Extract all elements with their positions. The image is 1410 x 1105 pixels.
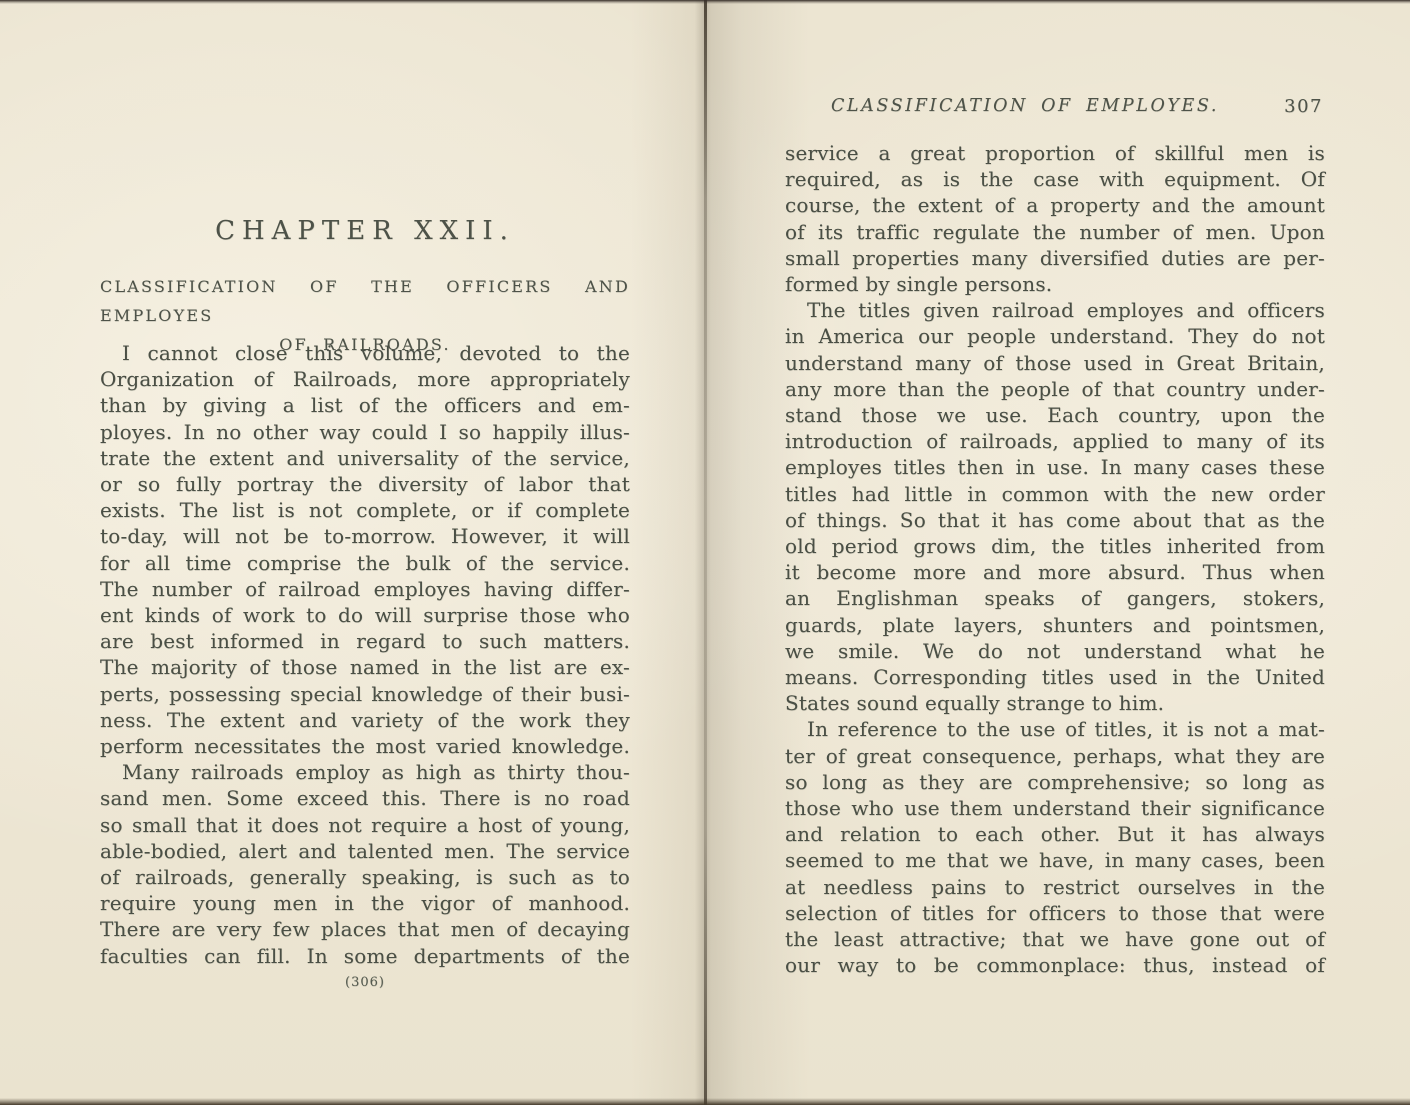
- text-line: seemed to me that we have, in many cases…: [785, 847, 1325, 873]
- text-line: The titles given railroad employes and o…: [785, 297, 1325, 323]
- text-line: an Englishman speaks of gangers, stokers…: [785, 585, 1325, 611]
- text-line: and relation to each other. But it has a…: [785, 821, 1325, 847]
- text-line: small properties many diversified duties…: [785, 245, 1325, 271]
- text-line: employes titles then in use. In many cas…: [785, 454, 1325, 480]
- text-line: for all time comprise the bulk of the se…: [100, 550, 630, 576]
- text-line: we smile. We do not understand what he: [785, 638, 1325, 664]
- text-line: There are very few places that men of de…: [100, 916, 630, 942]
- text-line: exists. The list is not complete, or if …: [100, 497, 630, 523]
- running-header: CLASSIFICATION OF EMPLOYES. 307: [785, 96, 1325, 124]
- text-line: titles had little in common with the new…: [785, 481, 1325, 507]
- text-line: perts, possessing special knowledge of t…: [100, 681, 630, 707]
- text-line: ness. The extent and variety of the work…: [100, 707, 630, 733]
- text-line: those who use them understand their sign…: [785, 795, 1325, 821]
- text-line: at needless pains to restrict ourselves …: [785, 874, 1325, 900]
- text-line: to-day, will not be to-morrow. However, …: [100, 523, 630, 549]
- text-line: ent kinds of work to do will surprise th…: [100, 602, 630, 628]
- text-line: I cannot close this volume, devoted to t…: [100, 340, 630, 366]
- right-page-number: 307: [1284, 96, 1323, 117]
- text-line: Many railroads employ as high as thirty …: [100, 759, 630, 785]
- text-line: understand many of those used in Great B…: [785, 350, 1325, 376]
- text-line: The majority of those named in the list …: [100, 654, 630, 680]
- chapter-heading: CHAPTER XXII.: [100, 216, 630, 246]
- text-line: Organization of Railroads, more appropri…: [100, 366, 630, 392]
- text-line: sand men. Some exceed this. There is no …: [100, 785, 630, 811]
- text-line: of its traffic regulate the number of me…: [785, 219, 1325, 245]
- left-page: CHAPTER XXII. CLASSIFICATION OF THE OFFI…: [0, 0, 705, 1105]
- text-line: trate the extent and universality of the…: [100, 445, 630, 471]
- text-line: or so fully portray the diversity of lab…: [100, 471, 630, 497]
- text-line: faculties can fill. In some departments …: [100, 943, 630, 969]
- text-line: our way to be commonplace: thus, instead…: [785, 952, 1325, 978]
- text-line: it become more and more absurd. Thus whe…: [785, 559, 1325, 585]
- left-page-body: I cannot close this volume, devoted to t…: [100, 340, 630, 969]
- text-line: course, the extent of a property and the…: [785, 192, 1325, 218]
- chapter-subheading-line1: CLASSIFICATION OF THE OFFICERS AND EMPLO…: [100, 272, 630, 330]
- text-line: so long as they are comprehensive; so lo…: [785, 769, 1325, 795]
- text-line: service a great proportion of skillful m…: [785, 140, 1325, 166]
- text-line: able-bodied, alert and talented men. The…: [100, 838, 630, 864]
- text-line: perform necessitates the most varied kno…: [100, 733, 630, 759]
- text-line: In reference to the use of titles, it is…: [785, 716, 1325, 742]
- text-line: than by giving a list of the officers an…: [100, 392, 630, 418]
- text-line: guards, plate layers, shunters and point…: [785, 612, 1325, 638]
- right-page-body: service a great proportion of skillful m…: [785, 140, 1325, 979]
- text-line: any more than the people of that country…: [785, 376, 1325, 402]
- text-line: of things. So that it has come about tha…: [785, 507, 1325, 533]
- text-line: formed by single persons.: [785, 271, 1325, 297]
- text-line: introduction of railroads, applied to ma…: [785, 428, 1325, 454]
- left-page-number: (306): [100, 975, 630, 990]
- text-line: so small that it does not require a host…: [100, 812, 630, 838]
- text-line: ter of great consequence, perhaps, what …: [785, 743, 1325, 769]
- text-line: old period grows dim, the titles inherit…: [785, 533, 1325, 559]
- text-line: required, as is the case with equipment.…: [785, 166, 1325, 192]
- text-line: in America our people understand. They d…: [785, 323, 1325, 349]
- text-line: are best informed in regard to such matt…: [100, 628, 630, 654]
- text-line: selection of titles for officers to thos…: [785, 900, 1325, 926]
- text-line: States sound equally strange to him.: [785, 690, 1325, 716]
- text-line: The number of railroad employes having d…: [100, 576, 630, 602]
- book-scan: { "scan": { "paper_color": "#ede6d4", "i…: [0, 0, 1410, 1105]
- text-line: stand those we use. Each country, upon t…: [785, 402, 1325, 428]
- right-page: CLASSIFICATION OF EMPLOYES. 307 service …: [705, 0, 1410, 1105]
- text-line: of railroads, generally speaking, is suc…: [100, 864, 630, 890]
- text-line: the least attractive; that we have gone …: [785, 926, 1325, 952]
- text-line: ployes. In no other way could I so happi…: [100, 419, 630, 445]
- text-line: means. Corresponding titles used in the …: [785, 664, 1325, 690]
- running-header-title: CLASSIFICATION OF EMPLOYES.: [785, 96, 1265, 116]
- text-line: require young men in the vigor of manhoo…: [100, 890, 630, 916]
